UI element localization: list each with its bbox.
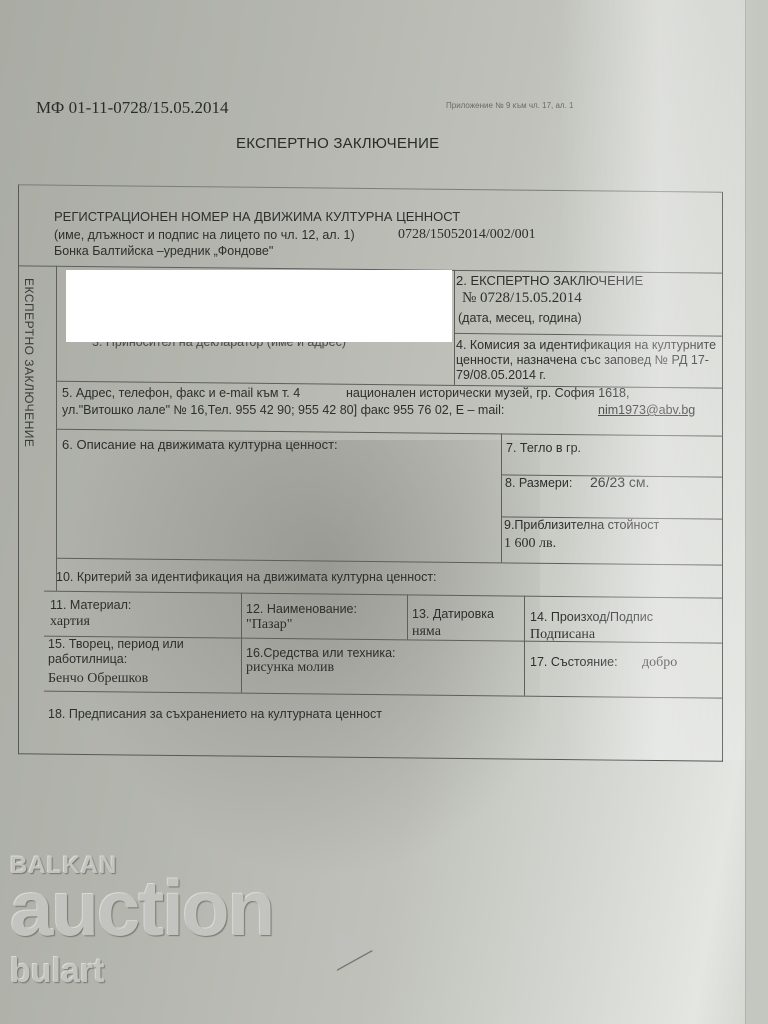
registration-sublabel: (име, длъжност и подпис на лицето по чл.… xyxy=(54,228,355,243)
page-edge xyxy=(745,0,768,1024)
field-8-value: 26/23 см. xyxy=(590,475,649,490)
field-16-value: рисунка молив xyxy=(246,660,496,675)
field-5-email-link[interactable]: nim1973@abv.bg xyxy=(598,403,695,418)
field-10-label: 10. Критерий за идентификация на движима… xyxy=(56,570,437,585)
sidebar-label: ЕКСПЕРТНО ЗАКЛЮЧЕНИЕ xyxy=(22,278,36,447)
field-5-label: 5. Адрес, телефон, факс и e-mail към т. … xyxy=(62,386,300,401)
redacted-block xyxy=(66,270,452,342)
field-5-value-line2: ул."Витошко лале" № 16,Тел. 955 42 90; 9… xyxy=(62,403,504,418)
field-16-label: 16.Средства или техника: xyxy=(246,646,396,661)
appendix-note: Приложение № 9 към чл. 17, ал. 1 xyxy=(446,101,573,110)
field-2-hint: (дата, месец, година) xyxy=(458,311,582,326)
registration-label: РЕГИСТРАЦИОНЕН НОМЕР НА ДВИЖИМА КУЛТУРНА… xyxy=(54,209,460,224)
field-2-label: 2. ЕКСПЕРТНО ЗАКЛЮЧЕНИЕ xyxy=(456,273,643,288)
document-number: МФ 01-11-0728/15.05.2014 xyxy=(36,98,229,118)
field-9-label: 9.Приблизителна стойност xyxy=(504,518,659,533)
watermark-bulart: bulart xyxy=(10,952,273,991)
document-title: ЕКСПЕРТНО ЗАКЛЮЧЕНИЕ xyxy=(236,135,439,152)
field-12-label: 12. Наименование: xyxy=(246,602,357,617)
field-2-value: № 0728/15.05.2014 xyxy=(462,291,582,306)
field-17-label: 17. Състояние: xyxy=(530,655,618,670)
field-7-label: 7. Тегло в гр. xyxy=(506,441,581,456)
balkan-auction-watermark: BALKAN auction bulart xyxy=(10,852,273,991)
field-6-label: 6. Описание на движимата културна ценнос… xyxy=(62,437,338,452)
field-15-label: 15. Творец, период или работилница: xyxy=(48,637,218,667)
field-14-label: 14. Произход/Подпис xyxy=(530,610,653,625)
field-5-value-line1: национален исторически музей, гр. София … xyxy=(346,386,629,401)
watermark-auction: auction xyxy=(10,876,273,940)
field-17-value: добро xyxy=(642,655,677,670)
field-11-label: 11. Материал: xyxy=(50,598,131,613)
field-11-value: хартия xyxy=(50,614,90,629)
field-18-label: 18. Предписания за съхранението на култу… xyxy=(48,707,382,722)
registration-person: Бонка Балтийска –уредник „Фондове" xyxy=(54,244,273,259)
field-13-label: 13. Датировка xyxy=(412,607,494,622)
field-9-value: 1 600 лв. xyxy=(504,536,556,551)
field-14-value: Подписана xyxy=(530,627,595,642)
field-12-value: "Пазар" xyxy=(246,617,293,632)
field-8-label: 8. Размери: xyxy=(505,476,572,491)
field-13-value: няма xyxy=(412,624,441,639)
field-4-label: 4. Комисия за идентификация на културнит… xyxy=(456,338,718,383)
watermark-play-arrow-icon xyxy=(336,930,372,970)
registration-number: 0728/15052014/002/001 xyxy=(398,227,536,242)
field-15-value: Бенчо Обрешков xyxy=(48,671,148,686)
